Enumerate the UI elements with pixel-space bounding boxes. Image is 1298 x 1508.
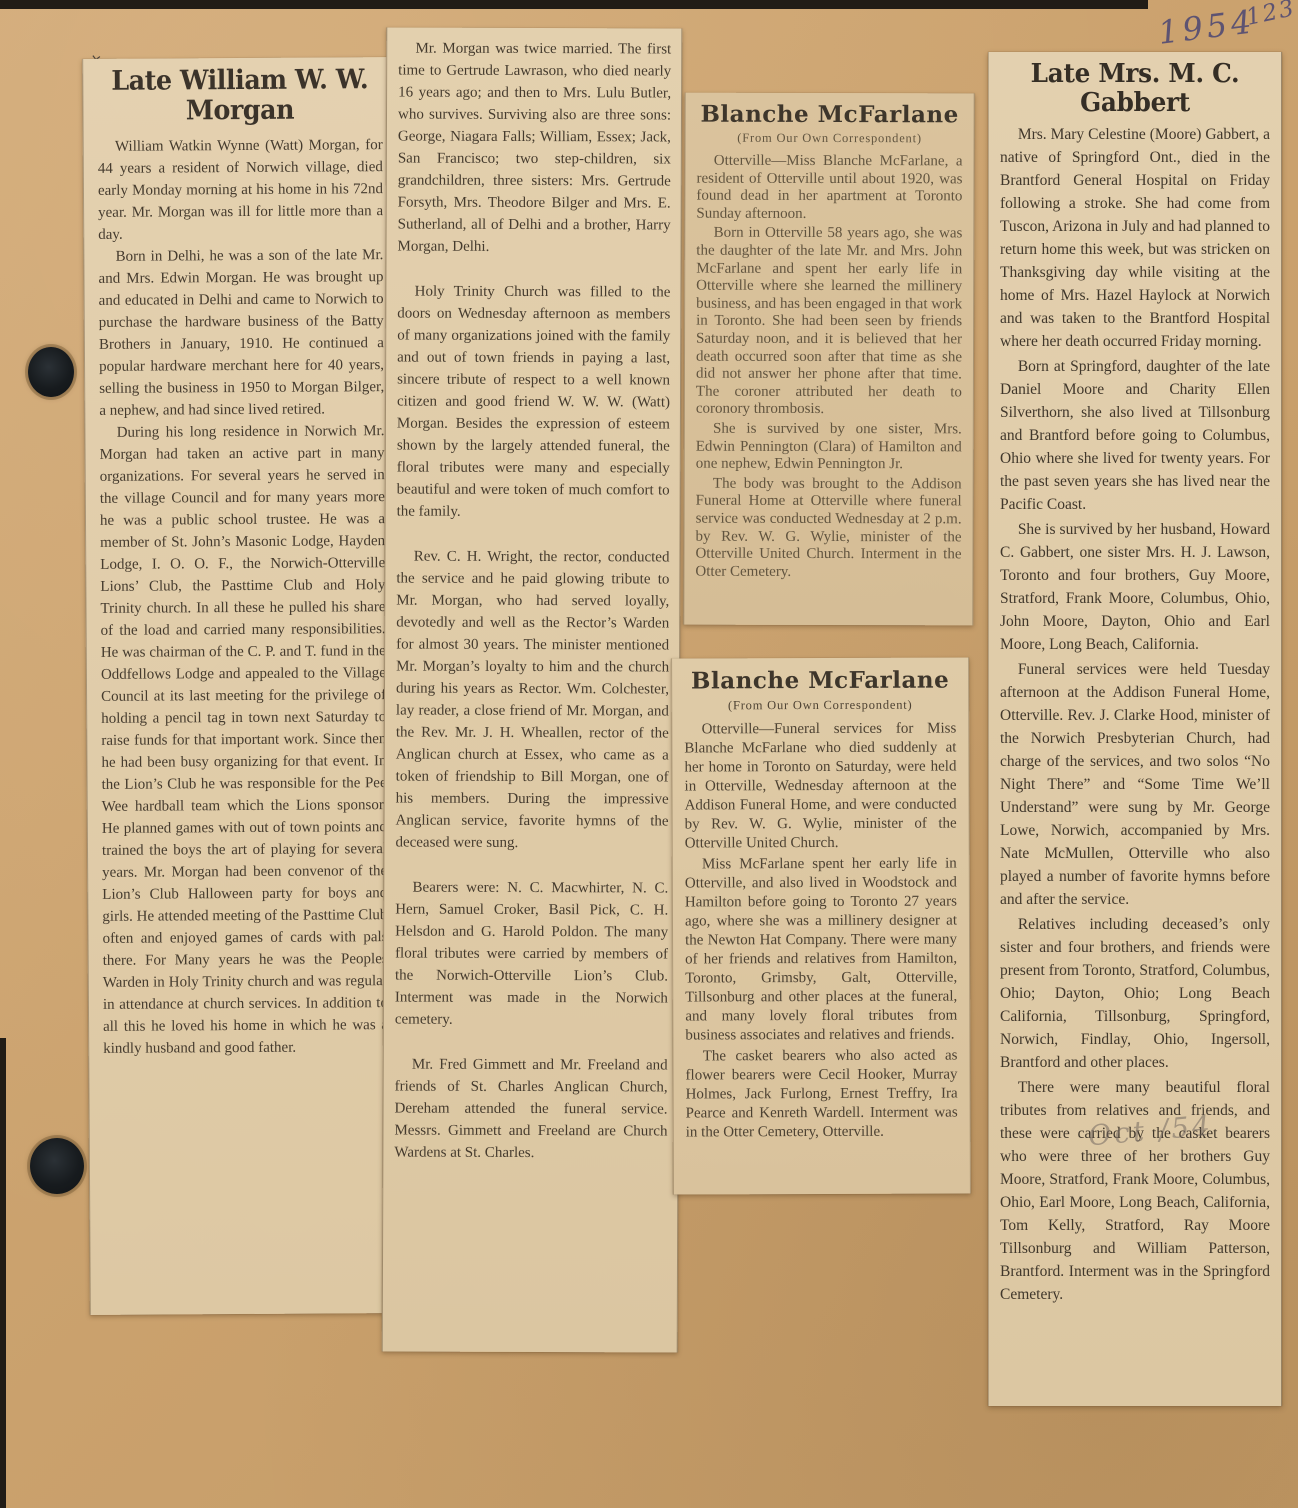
clipping-morgan-obituary-column-2: Mr. Morgan was twice married. The first … <box>382 27 683 1352</box>
paragraph: She is survived by her husband, Howard C… <box>1000 518 1270 656</box>
paragraph: Relatives including deceased’s only sist… <box>1000 913 1270 1074</box>
mcfarlane-notice-title: Blanche McFarlane <box>697 102 963 129</box>
paragraph: Bearers were: N. C. Macwhirter, N. C. He… <box>395 877 669 1032</box>
correspondent-byline: (From Our Own Correspondent) <box>697 130 963 148</box>
handwritten-year: 1954 <box>1156 2 1257 52</box>
paragraph: Rev. C. H. Wright, the rector, conducted… <box>395 546 669 855</box>
paragraph: Born at Springford, daughter of the late… <box>1000 355 1270 516</box>
gabbert-obituary-title: Late Mrs. M. C. Gabbert <box>1007 60 1264 117</box>
paragraph: Holy Trinity Church was filled to the do… <box>397 281 671 524</box>
paragraph: Born in Otterville 58 years ago, she was… <box>696 225 963 419</box>
handwritten-page-number: 123 <box>1244 0 1298 31</box>
binder-hole-bottom <box>30 1138 84 1194</box>
paragraph: Mr. Morgan was twice married. The first … <box>398 38 672 259</box>
paragraph: There were many beautiful floral tribute… <box>1000 1076 1270 1306</box>
scan-edge-left <box>0 1038 6 1508</box>
correspondent-byline: (From Our Own Correspondent) <box>684 696 956 716</box>
paragraph: Mr. Fred Gimmett and Mr. Freeland and fr… <box>394 1054 667 1165</box>
clipping-mcfarlane-funeral-report: Blanche McFarlane (From Our Own Correspo… <box>671 657 971 1194</box>
clipping-mcfarlane-death-notice: Blanche McFarlane (From Our Own Correspo… <box>683 93 974 626</box>
paragraph: During his long residence in Norwich Mr.… <box>99 421 388 1061</box>
paragraph: She is survived by one sister, Mrs. Edwi… <box>696 421 962 474</box>
paragraph: Otterville—Funeral services for Miss Bla… <box>684 720 956 854</box>
mcfarlane-funeral-title: Blanche McFarlane <box>684 668 956 695</box>
paragraph: Mrs. Mary Celestine (Moore) Gabbert, a n… <box>1000 123 1270 353</box>
paragraph: The casket bearers who also acted as flo… <box>685 1047 957 1143</box>
morgan-obituary-title: Late William W. W. Morgan <box>106 65 374 126</box>
binder-hole-top <box>28 347 74 397</box>
clipping-gabbert-obituary: Late Mrs. M. C. Gabbert Mrs. Mary Celest… <box>988 52 1282 1406</box>
scan-edge-top <box>0 0 1148 9</box>
paragraph: The body was brought to the Addison Fune… <box>695 475 961 581</box>
paragraph: Born in Delhi, he was a son of the late … <box>98 245 384 423</box>
scrapbook-page: 1954 123 × Late William W. W. Morgan Wil… <box>0 0 1298 1508</box>
paragraph: Otterville—Miss Blanche McFarlane, a res… <box>696 153 962 224</box>
paragraph: Miss McFarlane spent her early life in O… <box>685 855 958 1046</box>
paragraph: Funeral services were held Tuesday after… <box>1000 658 1270 911</box>
clipping-morgan-obituary-column-1: Late William W. W. Morgan William Watkin… <box>82 57 402 1315</box>
paragraph: William Watkin Wynne (Watt) Morgan, for … <box>98 135 384 247</box>
